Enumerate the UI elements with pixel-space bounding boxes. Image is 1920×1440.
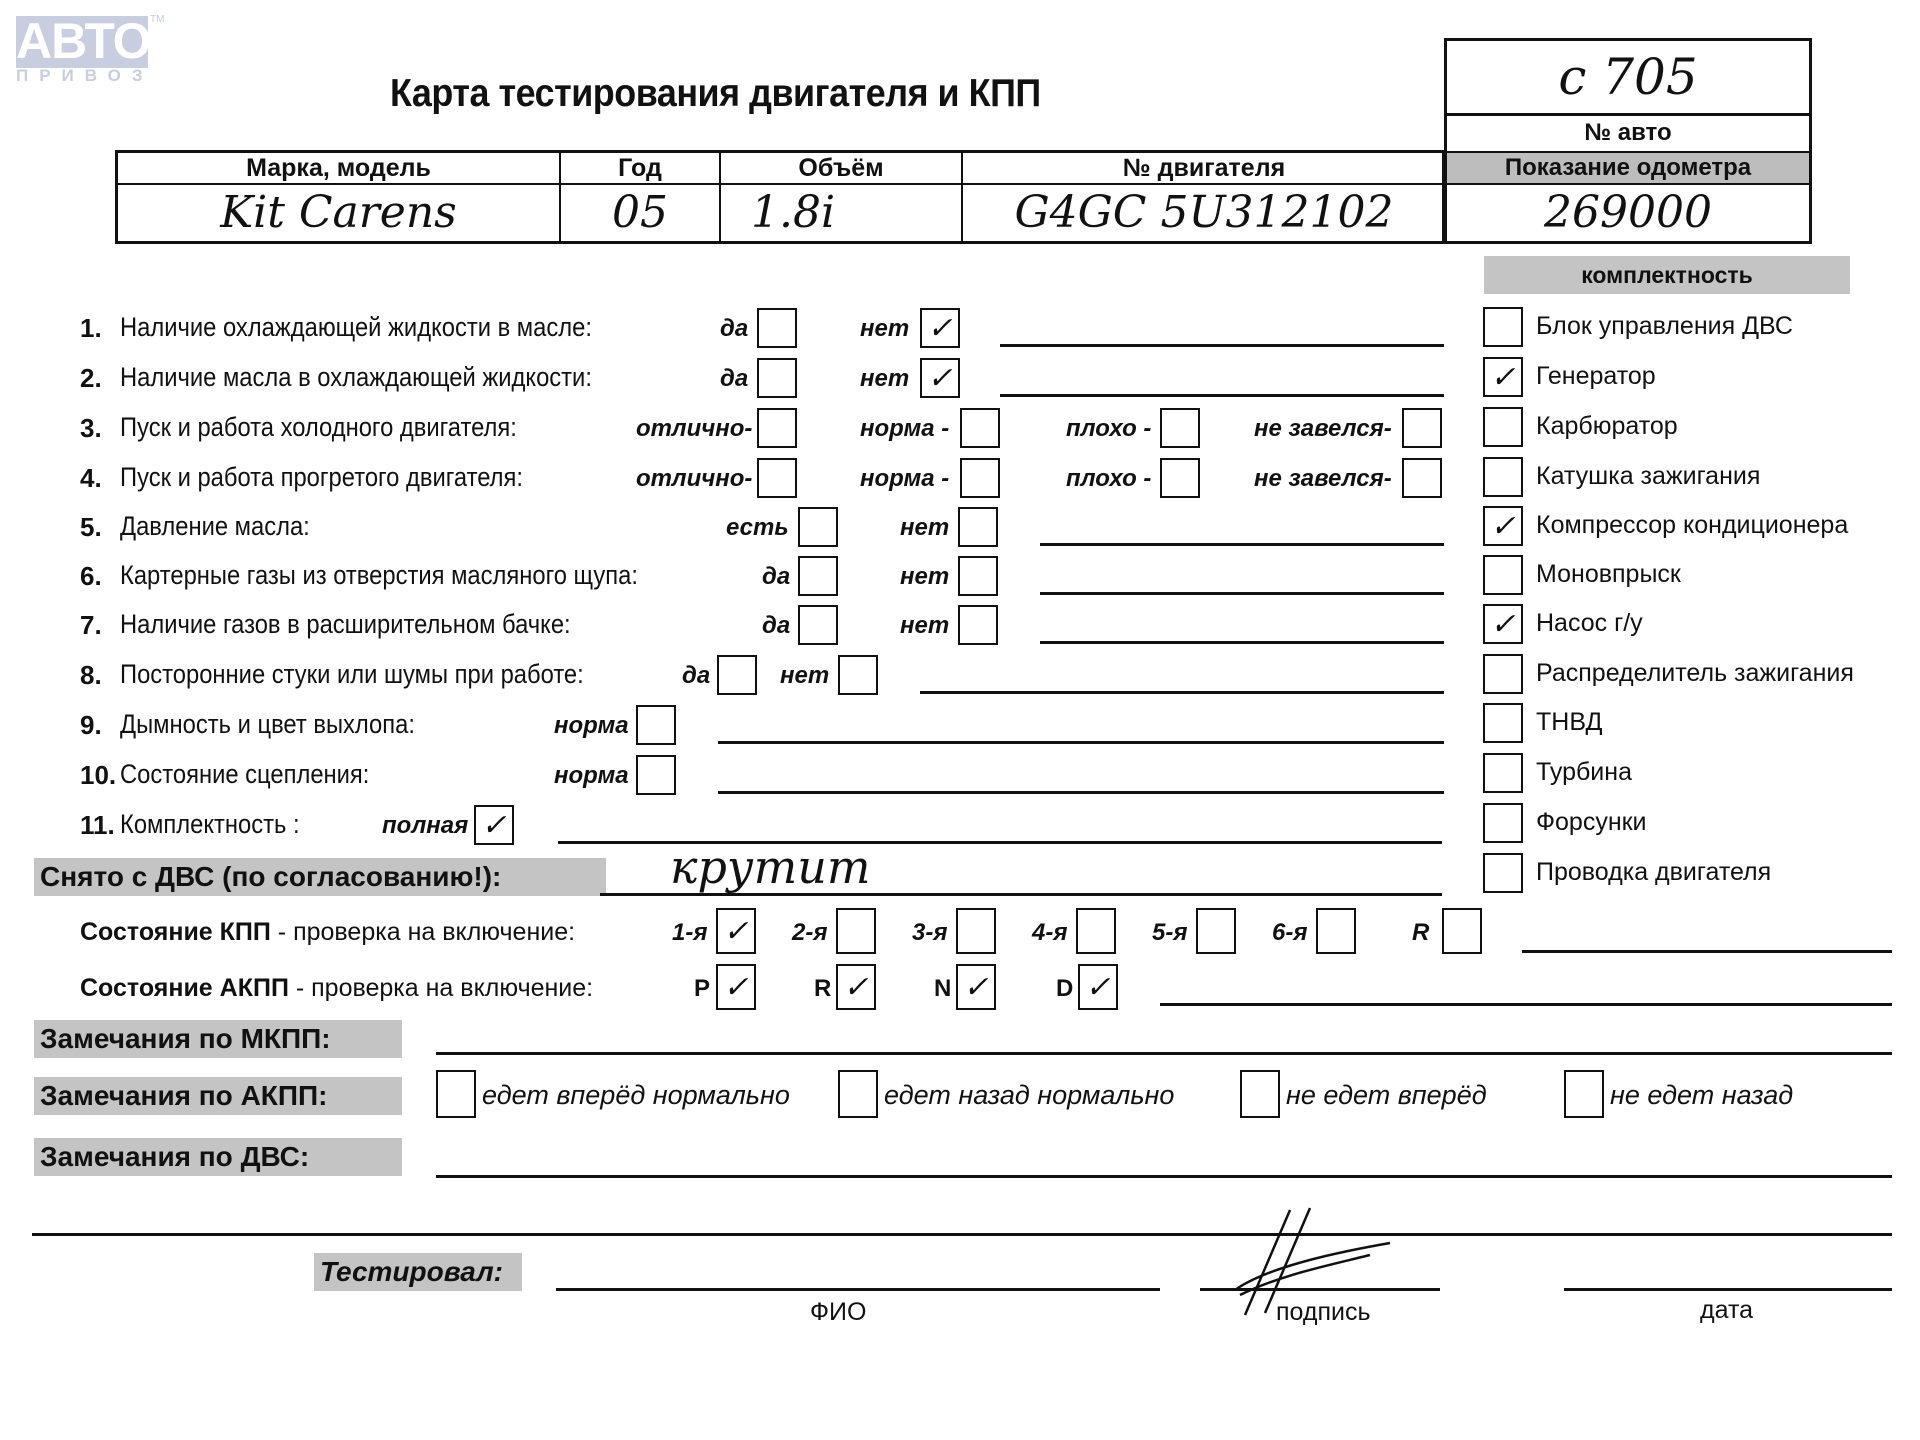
kit-checkbox-карбюратор[interactable] bbox=[1483, 407, 1523, 447]
gear-checkbox-4-я[interactable] bbox=[1076, 908, 1116, 954]
question-number: 9. bbox=[80, 710, 102, 741]
checkbox-нет[interactable]: ✓ bbox=[920, 308, 960, 348]
question-label: Посторонние стуки или шумы при работе: bbox=[120, 659, 584, 690]
position-checkbox-r[interactable]: ✓ bbox=[836, 964, 876, 1010]
removed-from-engine-line bbox=[600, 893, 1442, 896]
kit-checkbox-катушка-зажигания[interactable] bbox=[1483, 457, 1523, 497]
gear-checkbox-3-я[interactable] bbox=[956, 908, 996, 954]
page-title: Карта тестирования двигателя и КПП bbox=[390, 72, 1041, 116]
option-label-не-завелся: не завелся- bbox=[1254, 415, 1392, 443]
auto-gearbox-line bbox=[1160, 1003, 1892, 1006]
kit-heading: комплектность bbox=[1484, 256, 1850, 294]
question-label: Картерные газы из отверстия масляного щу… bbox=[120, 560, 638, 591]
checkbox-да[interactable] bbox=[757, 358, 797, 398]
question-label: Наличие масла в охлаждающей жидкости: bbox=[120, 362, 592, 393]
car-number-value[interactable]: c 705 bbox=[1447, 41, 1809, 116]
checkbox-нет[interactable] bbox=[958, 507, 998, 547]
gear-label-4-я: 4-я bbox=[1032, 919, 1067, 947]
option-label-есть: есть bbox=[726, 514, 789, 542]
kit-checkbox-проводка-двигателя[interactable] bbox=[1483, 853, 1523, 893]
position-checkbox-p[interactable]: ✓ bbox=[716, 964, 756, 1010]
notes-line[interactable] bbox=[1040, 592, 1444, 595]
question-number: 7. bbox=[80, 610, 102, 641]
question-label: Комплектность : bbox=[120, 809, 300, 840]
kit-checkbox-тнвд[interactable] bbox=[1483, 703, 1523, 743]
checkbox-норма[interactable] bbox=[636, 705, 676, 745]
option-label-полная: полная bbox=[382, 812, 468, 840]
kit-checkbox-насос-г-у[interactable]: ✓ bbox=[1483, 604, 1523, 644]
manual-gearbox-subtitle: - проверка на включение: bbox=[271, 918, 575, 946]
kit-item-label: Катушка зажигания bbox=[1536, 462, 1760, 491]
checkbox-не-завелся[interactable] bbox=[1402, 458, 1442, 498]
notes-line[interactable] bbox=[1040, 543, 1444, 546]
question-number: 5. bbox=[80, 512, 102, 543]
fio-label: ФИО bbox=[810, 1298, 866, 1327]
akpp-remark-checkbox-2[interactable] bbox=[838, 1070, 878, 1118]
car-number-odometer-box: c 705 № авто Показание одометра 269000 bbox=[1444, 38, 1812, 244]
gear-checkbox-2-я[interactable] bbox=[836, 908, 876, 954]
option-label-норма: норма bbox=[554, 712, 629, 740]
kit-item-label: Турбина bbox=[1536, 758, 1632, 787]
year-value[interactable]: 05 bbox=[561, 185, 719, 241]
position-checkbox-d[interactable]: ✓ bbox=[1078, 964, 1118, 1010]
option-label-отлично: отлично- bbox=[636, 415, 752, 443]
notes-line[interactable] bbox=[1000, 344, 1444, 347]
kit-checkbox-компрессор-кондиционера[interactable]: ✓ bbox=[1483, 506, 1523, 546]
question-label: Наличие охлаждающей жидкости в масле: bbox=[120, 312, 592, 343]
option-label-нет: нет bbox=[900, 514, 949, 542]
question-number: 3. bbox=[80, 413, 102, 444]
odometer-label: Показание одометра bbox=[1447, 153, 1809, 185]
logo-trademark: TM bbox=[150, 14, 164, 25]
checkbox-полная[interactable]: ✓ bbox=[474, 805, 514, 845]
checkbox-есть[interactable] bbox=[798, 507, 838, 547]
gear-label-6-я: 6-я bbox=[1272, 919, 1307, 947]
option-label-нет: нет bbox=[860, 315, 909, 343]
kit-item-label: Компрессор кондиционера bbox=[1536, 511, 1848, 540]
auto-gearbox-label: Состояние АКПП - проверка на включение: bbox=[80, 974, 593, 1003]
engine-number-label: № двигателя bbox=[963, 153, 1445, 185]
volume-value[interactable]: 1.8i bbox=[721, 185, 961, 241]
kit-checkbox-распределитель-зажигания[interactable] bbox=[1483, 654, 1523, 694]
kit-item-label: Проводка двигателя bbox=[1536, 858, 1771, 887]
option-label-норма: норма - bbox=[860, 415, 949, 443]
remarks-dvs-line[interactable] bbox=[436, 1175, 1892, 1178]
question-number: 10. bbox=[80, 760, 116, 791]
checkbox-плохо[interactable] bbox=[1160, 408, 1200, 448]
kit-item-label: Насос г/у bbox=[1536, 609, 1643, 638]
removed-from-engine-label: Снято с ДВС (по согласованию!): bbox=[34, 858, 606, 896]
year-cell: Год 05 bbox=[561, 153, 721, 241]
gear-label-1-я: 1-я bbox=[672, 919, 707, 947]
option-label-да: да bbox=[762, 612, 790, 640]
gear-label-5-я: 5-я bbox=[1152, 919, 1187, 947]
notes-line[interactable] bbox=[920, 691, 1444, 694]
kit-item-label: Блок управления ДВС bbox=[1536, 312, 1793, 341]
option-label-да: да bbox=[720, 365, 748, 393]
remarks-dvs-label: Замечания по ДВС: bbox=[34, 1138, 402, 1176]
gear-checkbox-6-я[interactable] bbox=[1316, 908, 1356, 954]
akpp-remark-label: не едет назад bbox=[1610, 1080, 1793, 1111]
volume-label: Объём bbox=[721, 153, 961, 185]
notes-line[interactable] bbox=[1000, 394, 1444, 397]
option-label-плохо: плохо - bbox=[1066, 415, 1151, 443]
position-label-r: R bbox=[814, 975, 831, 1003]
volume-cell: Объём 1.8i bbox=[721, 153, 963, 241]
option-label-да: да bbox=[720, 315, 748, 343]
checkbox-да[interactable] bbox=[798, 605, 838, 645]
checkbox-да[interactable] bbox=[717, 655, 757, 695]
gear-checkbox-1-я[interactable]: ✓ bbox=[716, 908, 756, 954]
auto-gearbox-title: Состояние АКПП bbox=[80, 974, 289, 1002]
option-label-плохо: плохо - bbox=[1066, 465, 1151, 493]
kit-checkbox-моновпрыск[interactable] bbox=[1483, 555, 1523, 595]
kit-item-label: Распределитель зажигания bbox=[1536, 659, 1854, 688]
option-label-нет: нет bbox=[860, 365, 909, 393]
akpp-remark-checkbox-3[interactable] bbox=[1240, 1070, 1280, 1118]
remarks-akpp-label: Замечания по АКПП: bbox=[34, 1077, 402, 1115]
question-number: 6. bbox=[80, 561, 102, 592]
year-label: Год bbox=[561, 153, 719, 185]
vehicle-info-table: Марка, модель Kit Carens Год 05 Объём 1.… bbox=[115, 150, 1445, 244]
checkbox-нет[interactable] bbox=[838, 655, 878, 695]
kit-item-label: Карбюратор bbox=[1536, 412, 1678, 441]
manual-gearbox-label: Состояние КПП - проверка на включение: bbox=[80, 918, 575, 947]
make-model-value[interactable]: Kit Carens bbox=[118, 185, 559, 241]
notes-line[interactable] bbox=[718, 741, 1444, 744]
akpp-remark-label: едет вперёд нормально bbox=[482, 1080, 790, 1111]
manual-gearbox-line bbox=[1522, 950, 1892, 953]
question-number: 11. bbox=[80, 810, 115, 841]
date-line[interactable] bbox=[1564, 1288, 1892, 1291]
option-label-не-завелся: не завелся- bbox=[1254, 465, 1392, 493]
remarks-mkpp-line[interactable] bbox=[436, 1052, 1892, 1055]
engine-number-cell: № двигателя G4GC 5U312102 bbox=[963, 153, 1445, 241]
checkbox-не-завелся[interactable] bbox=[1402, 408, 1442, 448]
question-label: Дымность и цвет выхлопа: bbox=[120, 709, 415, 740]
logo-brand: АВТО bbox=[16, 14, 148, 68]
kit-checkbox-блок-управления-двс[interactable] bbox=[1483, 307, 1523, 347]
question-label: Наличие газов в расширительном бачке: bbox=[120, 609, 571, 640]
remarks-mkpp-label: Замечания по МКПП: bbox=[34, 1020, 402, 1058]
remarks-extra-line[interactable] bbox=[32, 1233, 1892, 1236]
kit-item-label: Генератор bbox=[1536, 362, 1656, 391]
kit-checkbox-генератор[interactable]: ✓ bbox=[1483, 357, 1523, 397]
gear-label-3-я: 3-я bbox=[912, 919, 947, 947]
kit-item-label: ТНВД bbox=[1536, 708, 1602, 737]
question-number: 2. bbox=[80, 363, 102, 394]
make-model-label: Марка, модель bbox=[118, 153, 559, 185]
question-label: Давление масла: bbox=[120, 511, 310, 542]
option-label-норма: норма bbox=[554, 762, 629, 790]
checkbox-нет[interactable] bbox=[958, 605, 998, 645]
notes-line[interactable] bbox=[718, 791, 1444, 794]
fio-line[interactable] bbox=[556, 1288, 1160, 1291]
checkbox-норма[interactable] bbox=[636, 755, 676, 795]
option-label-нет: нет bbox=[900, 563, 949, 591]
option-label-да: да bbox=[762, 563, 790, 591]
position-checkbox-n[interactable]: ✓ bbox=[956, 964, 996, 1010]
gear-checkbox-r[interactable] bbox=[1442, 908, 1482, 954]
tested-by-label: Тестировал: bbox=[314, 1253, 522, 1291]
option-label-нет: нет bbox=[780, 662, 829, 690]
checkbox-норма[interactable] bbox=[960, 458, 1000, 498]
akpp-remark-checkbox-1[interactable] bbox=[436, 1070, 476, 1118]
kit-item-label: Форсунки bbox=[1536, 808, 1647, 837]
signature-label: подпись bbox=[1276, 1298, 1371, 1327]
gear-label-r: R bbox=[1412, 919, 1429, 947]
question-number: 1. bbox=[80, 313, 102, 344]
odometer-value[interactable]: 269000 bbox=[1447, 185, 1809, 241]
kit-checkbox-форсунки[interactable] bbox=[1483, 803, 1523, 843]
car-number-label: № авто bbox=[1447, 115, 1809, 153]
position-label-d: D bbox=[1056, 975, 1073, 1003]
option-label-да: да bbox=[682, 662, 710, 690]
question-number: 4. bbox=[80, 463, 102, 494]
question-label: Пуск и работа холодного двигателя: bbox=[120, 412, 517, 443]
gear-checkbox-5-я[interactable] bbox=[1196, 908, 1236, 954]
checkbox-плохо[interactable] bbox=[1160, 458, 1200, 498]
checkbox-норма[interactable] bbox=[960, 408, 1000, 448]
checkbox-отлично[interactable] bbox=[757, 408, 797, 448]
checkbox-нет[interactable] bbox=[958, 556, 998, 596]
akpp-remark-checkbox-4[interactable] bbox=[1564, 1070, 1604, 1118]
option-label-нет: нет bbox=[900, 612, 949, 640]
checkbox-нет[interactable]: ✓ bbox=[920, 358, 960, 398]
akpp-remark-label: не едет вперёд bbox=[1286, 1080, 1487, 1111]
question-label: Состояние сцепления: bbox=[120, 759, 369, 790]
date-label: дата bbox=[1700, 1296, 1753, 1325]
manual-gearbox-title: Состояние КПП bbox=[80, 918, 271, 946]
checkbox-отлично[interactable] bbox=[757, 458, 797, 498]
kit-checkbox-турбина[interactable] bbox=[1483, 753, 1523, 793]
kit-item-label: Моновпрыск bbox=[1536, 560, 1681, 589]
option-label-норма: норма - bbox=[860, 465, 949, 493]
make-model-cell: Марка, модель Kit Carens bbox=[118, 153, 561, 241]
question-label: Пуск и работа прогретого двигателя: bbox=[120, 462, 523, 493]
position-label-n: N bbox=[934, 975, 951, 1003]
notes-line[interactable] bbox=[1040, 641, 1444, 644]
akpp-remark-label: едет назад нормально bbox=[884, 1080, 1174, 1111]
option-label-отлично: отлично- bbox=[636, 465, 752, 493]
question-number: 8. bbox=[80, 660, 102, 691]
logo-subtitle: ПРИВОЗ bbox=[16, 66, 154, 86]
position-label-p: P bbox=[694, 975, 710, 1003]
removed-from-engine-value[interactable]: крутит bbox=[670, 840, 870, 894]
checkbox-да[interactable] bbox=[798, 556, 838, 596]
gear-label-2-я: 2-я bbox=[792, 919, 827, 947]
auto-gearbox-subtitle: - проверка на включение: bbox=[289, 974, 593, 1002]
checkbox-да[interactable] bbox=[757, 308, 797, 348]
engine-number-value[interactable]: G4GC 5U312102 bbox=[963, 185, 1445, 241]
